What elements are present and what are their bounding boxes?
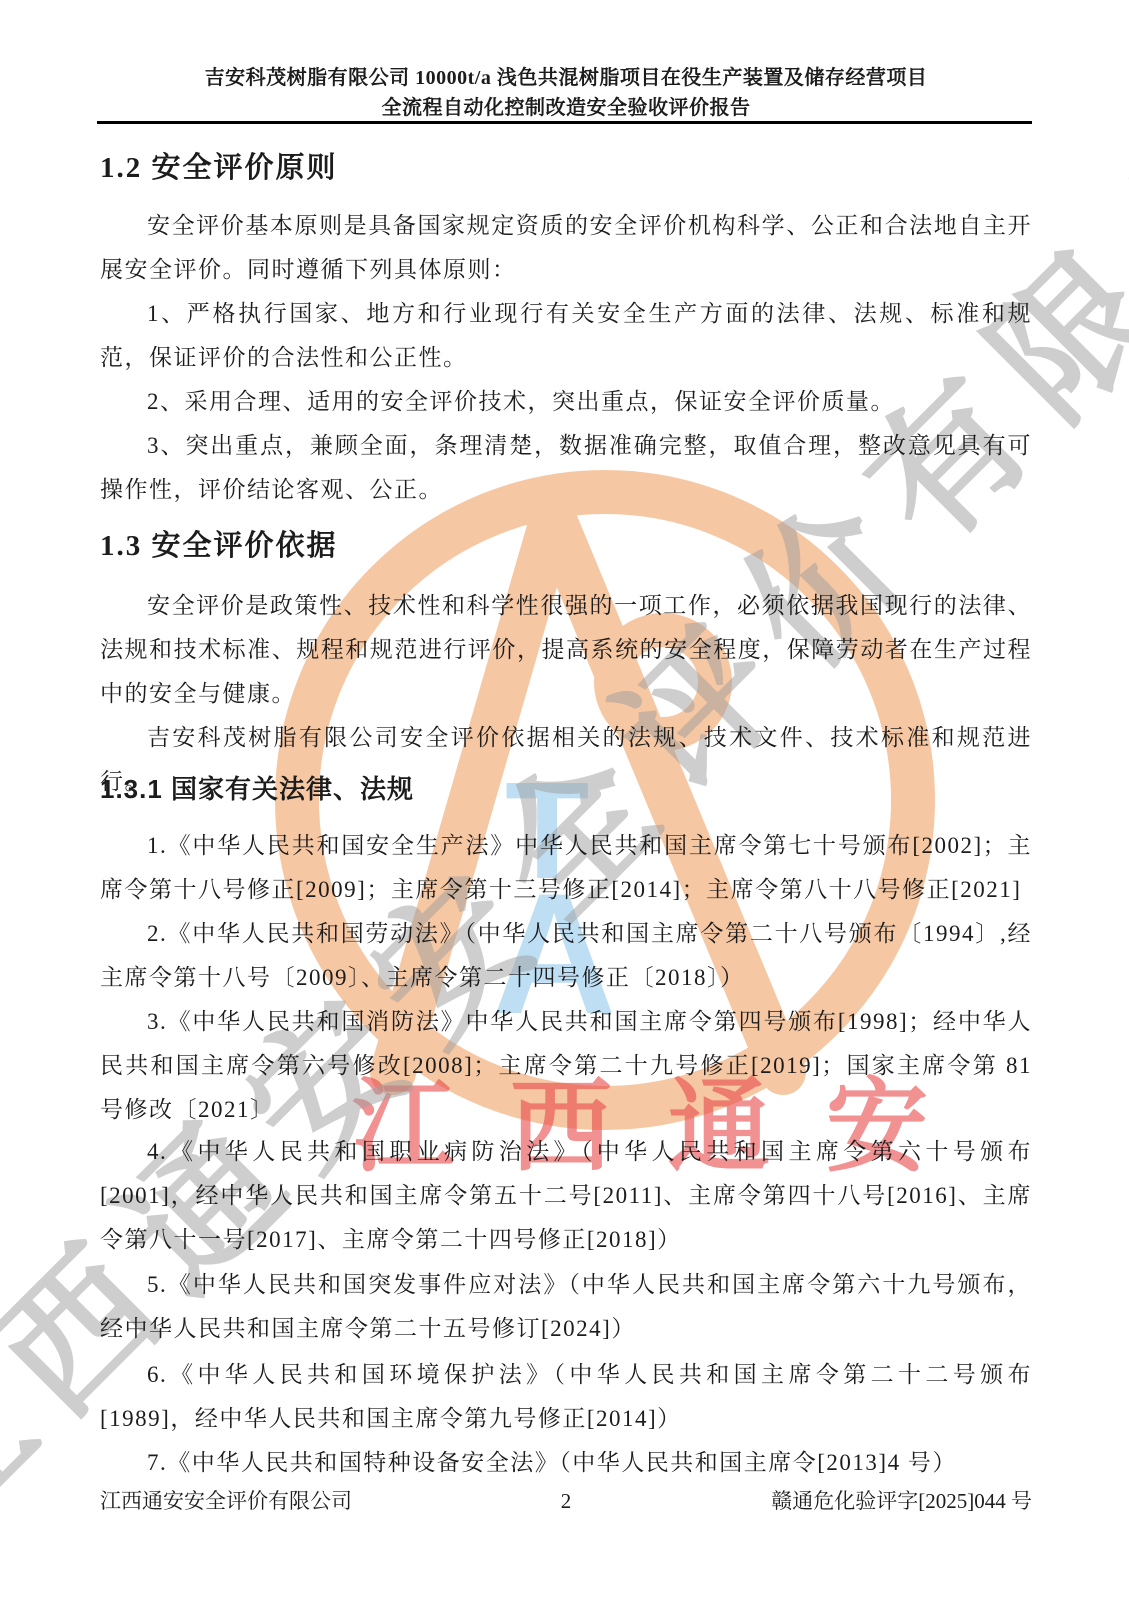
- header-rule: [97, 121, 1032, 124]
- footer-doc-number: 赣通危化验评字[2025]044 号: [771, 1487, 1032, 1515]
- section-1-2-item-2: 2、采用合理、适用的安全评价技术，突出重点，保证安全评价质量。: [100, 380, 1032, 424]
- section-1-3-heading: 1.3 安全评价依据: [100, 528, 1032, 564]
- header-title-line1: 吉安科茂树脂有限公司 10000t/a 浅色共混树脂项目在役生产装置及储存经营项…: [100, 64, 1032, 92]
- page-footer: 江西通安安全评价有限公司 2 赣通危化验评字[2025]044 号: [100, 1487, 1032, 1515]
- law-item-6: 6.《中华人民共和国环境保护法》（中华人民共和国主席令第二十二号颁布[1989]…: [100, 1353, 1032, 1441]
- law-item-3: 3.《中华人民共和国消防法》中华人民共和国主席令第四号颁布[1998]；经中华人…: [100, 1000, 1032, 1132]
- section-1-2-heading: 1.2 安全评价原则: [100, 150, 1032, 186]
- law-item-2: 2.《中华人民共和国劳动法》（中华人民共和国主席令第二十八号颁布〔1994〕,经…: [100, 912, 1032, 1000]
- law-item-1: 1.《中华人民共和国安全生产法》中华人民共和国主席令第七十号颁布[2002]；主…: [100, 824, 1032, 912]
- law-item-7: 7.《中华人民共和国特种设备安全法》（中华人民共和国主席令[2013]4 号）: [100, 1441, 1032, 1485]
- section-1-3-paragraph-1: 安全评价是政策性、技术性和科学性很强的一项工作，必须依据我国现行的法律、法规和技…: [100, 584, 1032, 716]
- report-page: T A 江西通安 江西通安安全评价有限公司 吉安科茂树脂有限公司 10000t/…: [0, 0, 1129, 1600]
- section-1-2-intro: 安全评价基本原则是具备国家规定资质的安全评价机构科学、公正和合法地自主开展安全评…: [100, 204, 1032, 292]
- law-item-4: 4.《中华人民共和国职业病防治法》（中华人民共和国主席令第六十号颁布[2001]…: [100, 1130, 1032, 1262]
- section-1-2-item-3: 3、突出重点，兼顾全面，条理清楚，数据准确完整，取值合理，整改意见具有可操作性，…: [100, 424, 1032, 512]
- footer-company: 江西通安安全评价有限公司: [100, 1487, 352, 1515]
- section-1-2-item-1: 1、严格执行国家、地方和行业现行有关安全生产方面的法律、法规、标准和规范，保证评…: [100, 292, 1032, 380]
- header-title-line2: 全流程自动化控制改造安全验收评价报告: [100, 94, 1032, 122]
- section-1-3-1-heading: 1.3.1 国家有关法律、法规: [100, 772, 1032, 806]
- law-item-5: 5.《中华人民共和国突发事件应对法》（中华人民共和国主席令第六十九号颁布，经中华…: [100, 1263, 1032, 1351]
